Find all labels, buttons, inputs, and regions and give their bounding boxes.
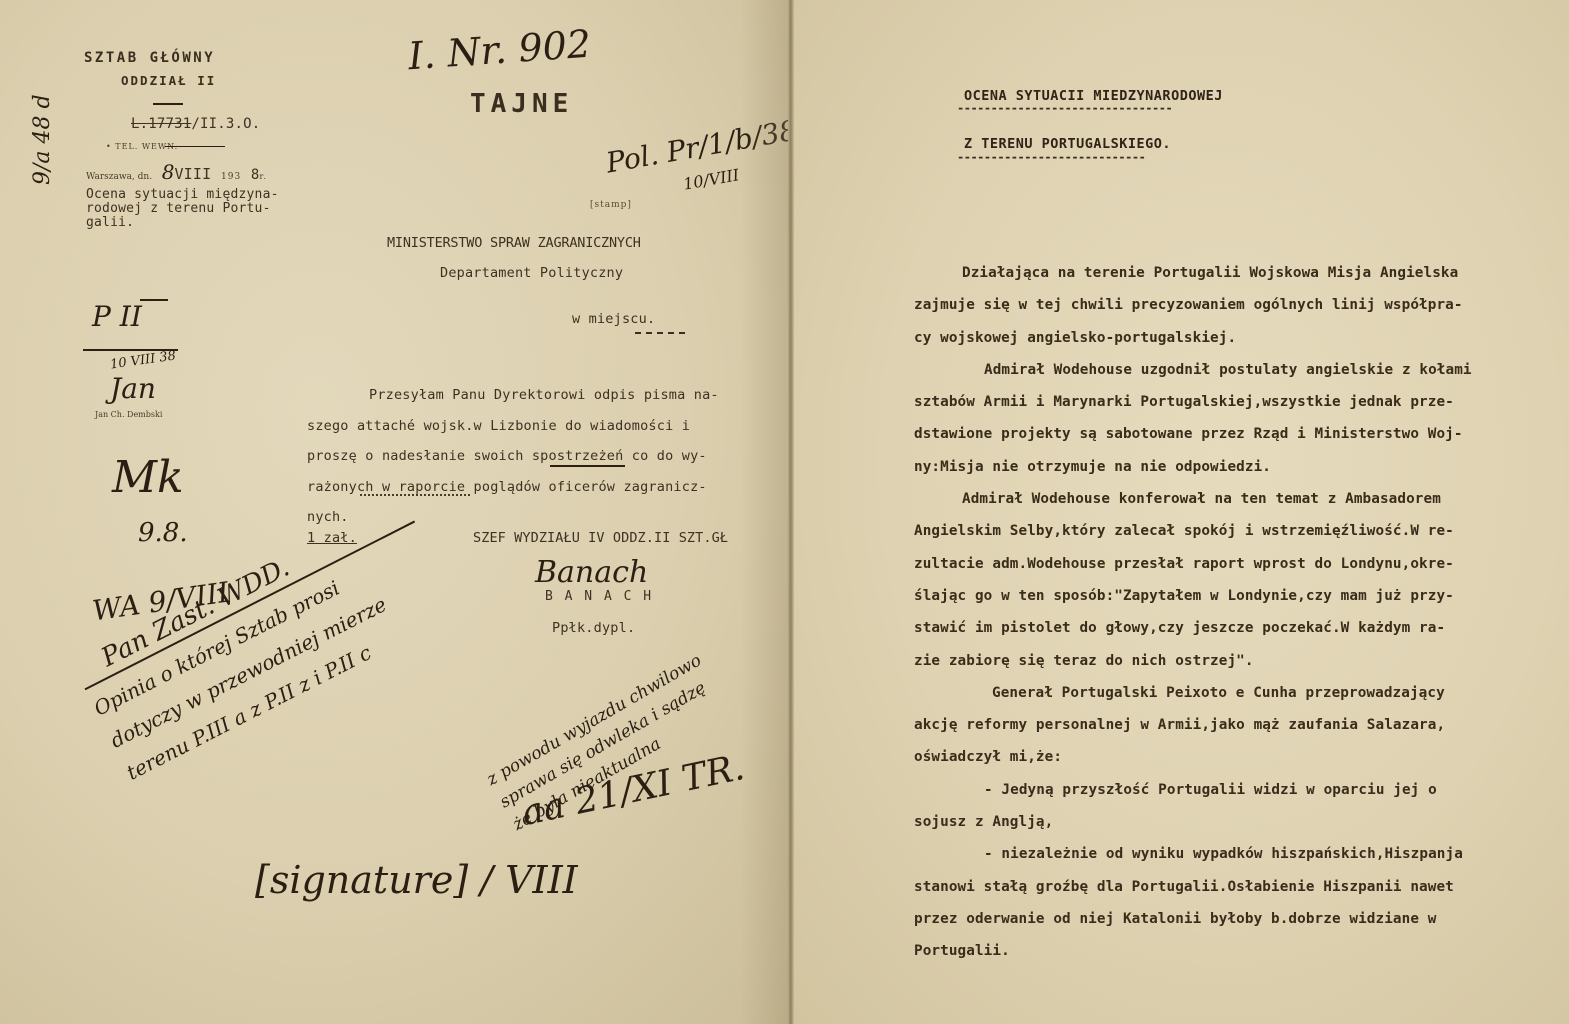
note-signature: [signature] / VIII: [255, 858, 578, 902]
body-line: Przesyłam Panu Dyrektorowi odpis pisma n…: [307, 380, 747, 411]
body-line: rażonych w raporcie poglądów oficerów za…: [307, 472, 747, 503]
place-date: Warszawa, dn. 8VIII 193 8r.: [86, 160, 267, 184]
date-year-prefix: 193: [221, 172, 241, 182]
p2-mark: P II: [92, 300, 142, 333]
report-line: zie zabiorę się teraz do nich ostrzej".: [914, 645, 1534, 677]
report-title-underline1: --------------------------------: [957, 101, 1172, 115]
subject-line: rodowej z terenu Portu-: [86, 202, 279, 216]
report-line: - niezależnie od wyniku wypadków hiszpań…: [914, 838, 1534, 870]
date-year-suffix: 8: [251, 167, 260, 183]
letterhead-division: ODDZIAŁ II: [121, 73, 216, 88]
report-line: stanowi stałą groźbę dla Portugalii.Osła…: [914, 871, 1534, 903]
letterhead-org: SZTAB GŁÓWNY: [84, 50, 215, 66]
body-line: proszę o nadesłanie swoich spostrzeżeń c…: [307, 441, 747, 472]
report-line: ny:Misja nie otrzymuje na nie odpowiedzi…: [914, 451, 1534, 483]
recipient-location: w miejscu.: [572, 311, 655, 327]
report-line: Admirał Wodehouse konferował na ten tema…: [914, 483, 1534, 515]
date-day: 8: [162, 160, 175, 184]
p2-signature: Jan: [110, 372, 156, 405]
report-line: - Jedyną przyszłość Portugalii widzi w o…: [914, 774, 1534, 806]
body-underline: [550, 465, 625, 467]
reference-number-suffix: /II.3.O.: [191, 116, 260, 132]
diagonal-note: Pan Zast. WDD. Opinia o której Sztab pro…: [70, 492, 466, 790]
left-page: SZTAB GŁÓWNY ODDZIAŁ II L.17731/II.3.O. …: [0, 0, 791, 1024]
report-line: dstawione projekty są sabotowane przez R…: [914, 418, 1534, 450]
signatory-name: B A N A C H: [545, 589, 653, 604]
body-line: szego attaché wojsk.w Lizbonie do wiadom…: [307, 411, 747, 442]
report-line: cy wojskowej angielsko-portugalskiej.: [914, 322, 1534, 354]
place-date-label: Warszawa, dn.: [86, 172, 152, 182]
gutter-shadow-left: [740, 0, 790, 1024]
reference-number: L.17731/II.3.O.: [131, 116, 260, 132]
report-line: ślając go w ten sposób:"Zapytałem w Lond…: [914, 580, 1534, 612]
report-line: stawić im pistolet do głowy,czy jeszcze …: [914, 612, 1534, 644]
reference-number-struck: L.17731: [131, 116, 191, 132]
letterhead-rule: [153, 103, 183, 105]
report-line: zajmuje się w tej chwili precyzowaniem o…: [914, 289, 1534, 321]
p2-overline: [140, 299, 168, 301]
vertical-handwritten-note: 9/a 48 d: [30, 94, 55, 185]
handwritten-reference-date: 10/VIII: [682, 165, 741, 193]
handwritten-signature-banach: Banach: [535, 555, 648, 590]
initials-date: 9.8.: [138, 518, 188, 548]
report-line: sztabów Armii i Marynarki Portugalskiej,…: [914, 386, 1534, 418]
report-line: Angielskim Selby,który zalecał spokój i …: [914, 515, 1534, 547]
report-body: Działająca na terenie Portugalii Wojskow…: [914, 257, 1534, 968]
recipient-ministry: MINISTERSTWO SPRAW ZAGRANICZNYCH: [387, 235, 641, 251]
classification-label: TAJNE: [470, 89, 573, 119]
report-line: sojusz z Anglją,: [914, 806, 1534, 838]
subject-line: galii.: [86, 216, 279, 230]
body-dotted-underline: [360, 494, 470, 496]
faint-stamp: [stamp]: [590, 200, 632, 210]
signatory-rank: Ppłk.dypl.: [552, 620, 635, 636]
report-line: akcję reformy personalnej w Armii,jako m…: [914, 709, 1534, 741]
recipient-department: Departament Polityczny: [440, 265, 623, 281]
report-line: Działająca na terenie Portugalii Wojskow…: [914, 257, 1534, 289]
subject: Ocena sytuacji międzyna- rodowej z teren…: [86, 188, 279, 230]
report-line: Admirał Wodehouse uzgodnił postulaty ang…: [914, 354, 1534, 386]
report-line: Generał Portugalski Peixoto e Cunha prze…: [914, 677, 1534, 709]
subject-line: Ocena sytuacji międzyna-: [86, 188, 279, 202]
report-title-underline2: ----------------------------: [957, 150, 1145, 164]
date-month: VIII: [174, 165, 211, 183]
p2-date: 10 VIII 38: [109, 348, 177, 372]
report-line: zultacie adm.Wodehouse przesłał raport w…: [914, 548, 1534, 580]
report-line: przez oderwanie od niej Katalonii byłoby…: [914, 903, 1534, 935]
registry-mark: I. Nr. 902: [407, 22, 593, 79]
report-line: oświadczył mi,że:: [914, 741, 1534, 773]
report-line: Portugalii.: [914, 935, 1534, 967]
location-underline: [635, 332, 685, 334]
tel-rule: [165, 146, 225, 147]
date-end: r.: [260, 172, 268, 181]
p2-stamp: Jan Ch. Dembski: [95, 410, 162, 419]
initials-mark: Mk: [112, 452, 184, 503]
signature-title: SZEF WYDZIAŁU IV ODDZ.II SZT.GŁ: [473, 530, 728, 546]
